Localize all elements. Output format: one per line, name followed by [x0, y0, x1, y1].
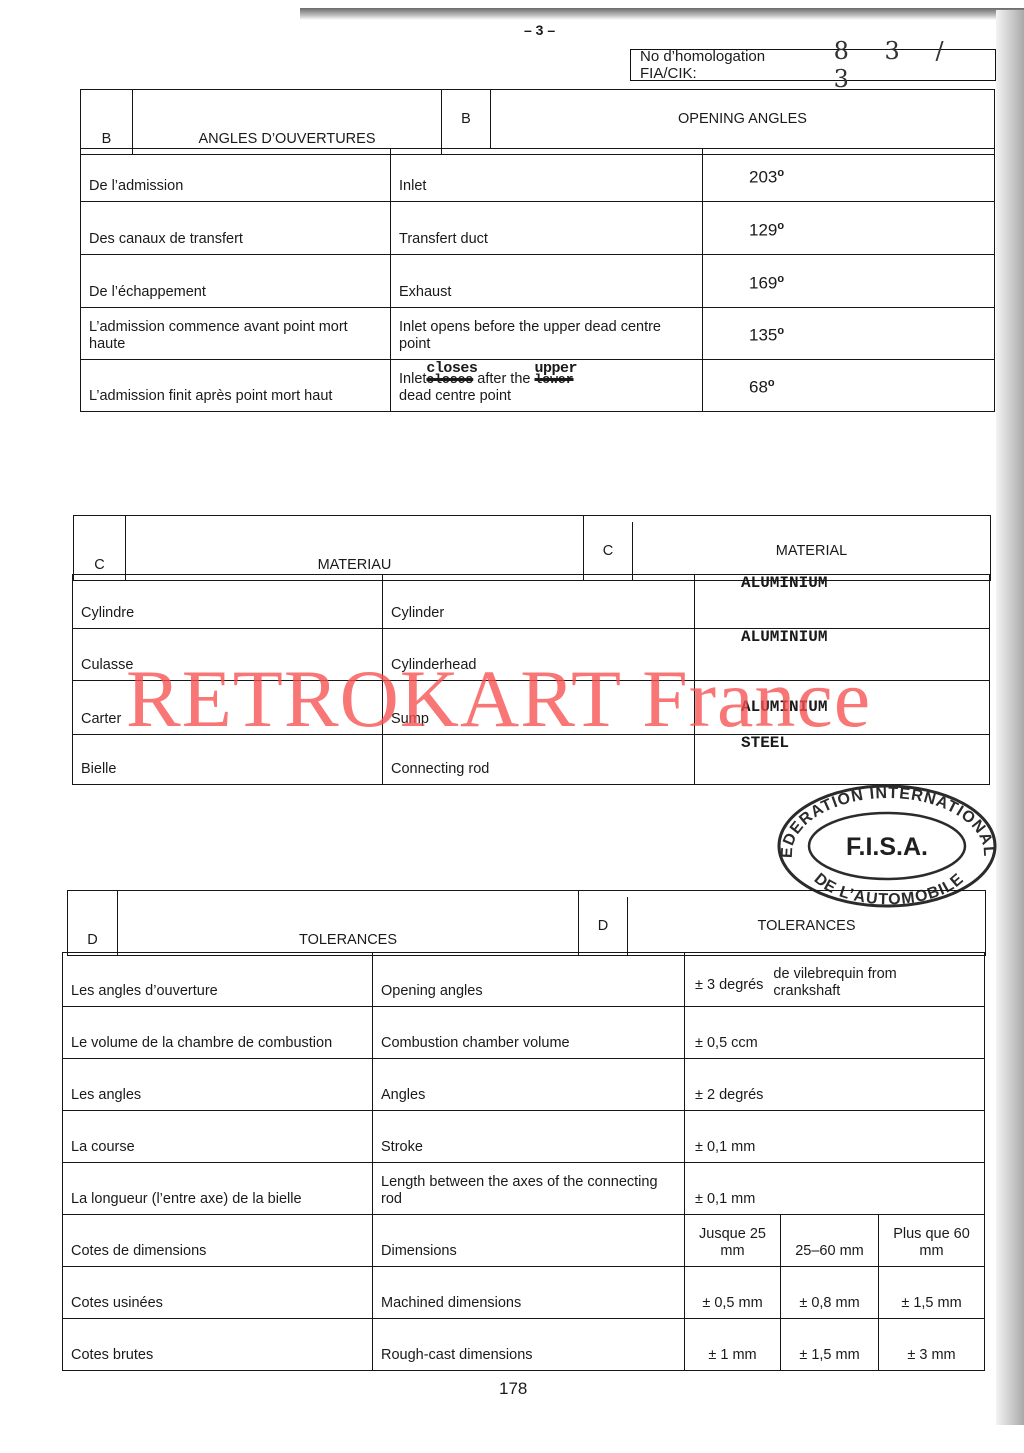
- section-title-en: D TOLERANCES: [579, 891, 986, 956]
- table-row: Carter Sump ALUMINIUM: [73, 681, 990, 735]
- table-row: Cylindre Cylinder ALUMINIUM: [73, 575, 990, 629]
- section-d-table: D TOLERANCES D TOLERANCES: [67, 890, 986, 956]
- table-row: Cotes brutes Rough-cast dimensions ± 1 m…: [63, 1319, 985, 1371]
- section-b-rows: De l’admission Inlet 203o Des canaux de …: [80, 148, 995, 412]
- section-title-fr: ANGLES D’OUVERTURES: [133, 90, 442, 155]
- table-row: Des canaux de transfert Transfert duct 1…: [81, 202, 995, 255]
- typed-correction-cell: Inletclosescloses after the upperlowerde…: [391, 360, 703, 412]
- section-d-rows: Les angles d’ouverture Opening angles ± …: [62, 952, 985, 1371]
- section-letter: B: [81, 90, 133, 155]
- table-row: Cotes de dimensions Dimensions Jusque 25…: [63, 1215, 985, 1267]
- table-row: L’admission finit après point mort haut …: [81, 360, 995, 412]
- table-row: Cotes usinées Machined dimensions ± 0,5 …: [63, 1267, 985, 1319]
- section-title-en: C MATERIAL: [584, 516, 991, 581]
- stamp-center-text: F.I.S.A.: [846, 833, 928, 861]
- section-letter: C: [74, 516, 126, 581]
- dimension-column-header: 25–60 mm: [781, 1215, 879, 1267]
- table-row: Culasse Cylinderhead ALUMINIUM: [73, 629, 990, 681]
- homologation-label: No d’homologation FIA/CIK:: [640, 48, 812, 82]
- section-letter: C: [584, 522, 633, 580]
- section-letter: D: [579, 897, 628, 955]
- table-row: De l’admission Inlet 203o: [81, 149, 995, 202]
- section-title-fr: TOLERANCES: [118, 891, 579, 956]
- dimension-column-header: Jusque 25 mm: [685, 1215, 781, 1267]
- scan-right-edge: [996, 10, 1024, 1425]
- homologation-box: No d’homologation FIA/CIK: 8 3 / 3: [630, 49, 996, 81]
- page-number-top: – 3 –: [524, 22, 555, 38]
- page-number-bottom: 178: [499, 1379, 527, 1399]
- table-row: Les angles d’ouverture Opening angles ± …: [63, 953, 985, 1007]
- table-row: Le volume de la chambre de combustion Co…: [63, 1007, 985, 1059]
- section-title-en: B OPENING ANGLES: [442, 90, 995, 155]
- table-row: L’admission commence avant point mort ha…: [81, 308, 995, 360]
- scan-top-shadow: [300, 8, 1024, 20]
- table-row: Les angles Angles ± 2 degrés: [63, 1059, 985, 1111]
- section-b-table: B ANGLES D’OUVERTURES B OPENING ANGLES: [80, 89, 995, 155]
- table-row: Bielle Connecting rod STEEL: [73, 735, 990, 785]
- homologation-value: 8 3 / 3: [834, 37, 995, 93]
- section-c-table: C MATERIAU C MATERIAL: [73, 515, 991, 581]
- section-c-rows: Cylindre Cylinder ALUMINIUM Culasse Cyli…: [72, 574, 990, 785]
- table-row: La longueur (l’entre axe) de la bielle L…: [63, 1163, 985, 1215]
- section-letter: B: [442, 90, 491, 148]
- section-letter: D: [68, 891, 118, 956]
- table-row: De l’échappement Exhaust 169o: [81, 255, 995, 308]
- section-title-fr: MATERIAU: [126, 516, 584, 581]
- dimension-column-header: Plus que 60 mm: [879, 1215, 985, 1267]
- table-row: La course Stroke ± 0,1 mm: [63, 1111, 985, 1163]
